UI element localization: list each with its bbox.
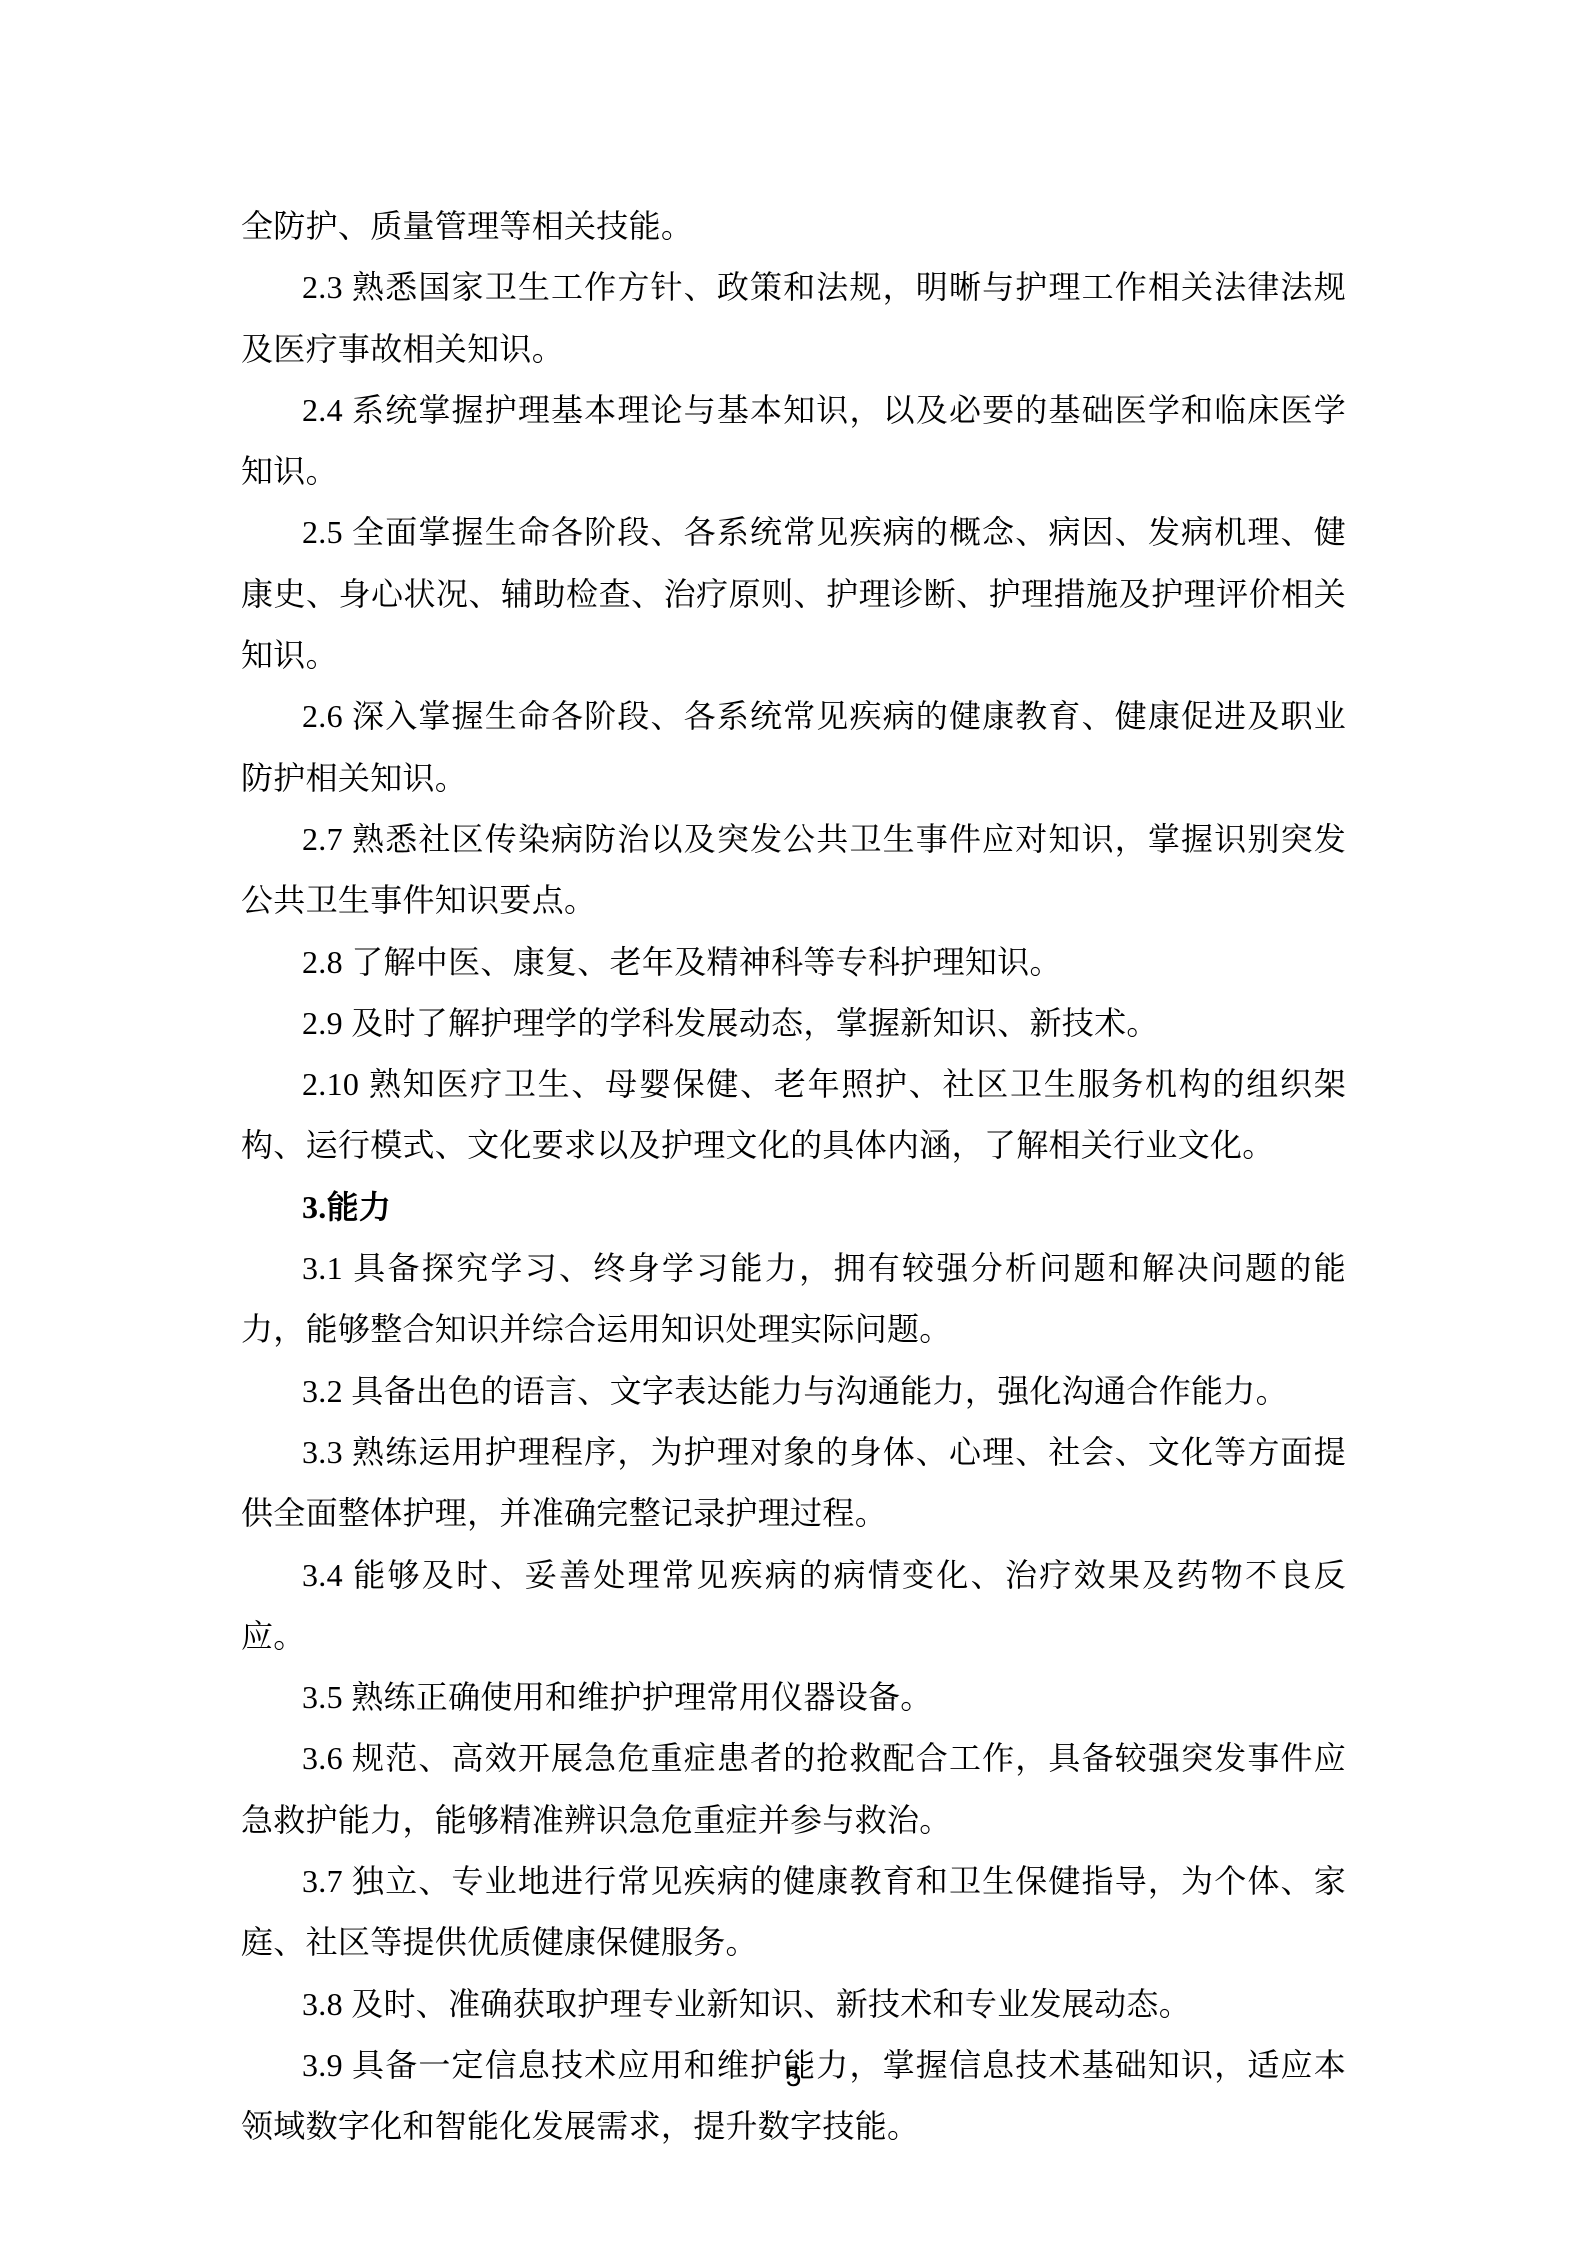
paragraph-item-2-8: 2.8 了解中医、康复、老年及精神科等专科护理知识。 — [241, 932, 1346, 993]
paragraph-item-2-6: 2.6 深入掌握生命各阶段、各系统常见疾病的健康教育、健康促进及职业防护相关知识… — [241, 686, 1346, 809]
paragraph-item-2-5: 2.5 全面掌握生命各阶段、各系统常见疾病的概念、病因、发病机理、健康史、身心状… — [241, 502, 1346, 686]
paragraph-item-3-3: 3.3 熟练运用护理程序，为护理对象的身体、心理、社会、文化等方面提供全面整体护… — [241, 1422, 1346, 1545]
paragraph-item-2-3: 2.3 熟悉国家卫生工作方针、政策和法规，明晰与护理工作相关法律法规及医疗事故相… — [241, 257, 1346, 380]
paragraph-continuation: 全防护、质量管理等相关技能。 — [241, 196, 1346, 257]
paragraph-item-3-5: 3.5 熟练正确使用和维护护理常用仪器设备。 — [241, 1667, 1346, 1728]
paragraph-item-2-10: 2.10 熟知医疗卫生、母婴保健、老年照护、社区卫生服务机构的组织架构、运行模式… — [241, 1054, 1346, 1177]
paragraph-item-3-9: 3.9 具备一定信息技术应用和维护能力，掌握信息技术基础知识，适应本领域数字化和… — [241, 2035, 1346, 2158]
paragraph-item-3-4: 3.4 能够及时、妥善处理常见疾病的病情变化、治疗效果及药物不良反应。 — [241, 1545, 1346, 1668]
page-number: 5 — [0, 2061, 1587, 2093]
document-page: 全防护、质量管理等相关技能。 2.3 熟悉国家卫生工作方针、政策和法规，明晰与护… — [0, 0, 1587, 2245]
section-heading-ability: 3.能力 — [241, 1177, 1346, 1238]
paragraph-item-3-2: 3.2 具备出色的语言、文字表达能力与沟通能力，强化沟通合作能力。 — [241, 1361, 1346, 1422]
paragraph-item-3-1: 3.1 具备探究学习、终身学习能力，拥有较强分析问题和解决问题的能力，能够整合知… — [241, 1238, 1346, 1361]
paragraph-item-3-8: 3.8 及时、准确获取护理专业新知识、新技术和专业发展动态。 — [241, 1974, 1346, 2035]
paragraph-item-2-4: 2.4 系统掌握护理基本理论与基本知识，以及必要的基础医学和临床医学知识。 — [241, 380, 1346, 503]
paragraph-item-3-6: 3.6 规范、高效开展急危重症患者的抢救配合工作，具备较强突发事件应急救护能力，… — [241, 1728, 1346, 1851]
paragraph-item-2-9: 2.9 及时了解护理学的学科发展动态，掌握新知识、新技术。 — [241, 993, 1346, 1054]
paragraph-item-2-7: 2.7 熟悉社区传染病防治以及突发公共卫生事件应对知识，掌握识别突发公共卫生事件… — [241, 809, 1346, 932]
paragraph-item-3-7: 3.7 独立、专业地进行常见疾病的健康教育和卫生保健指导，为个体、家庭、社区等提… — [241, 1851, 1346, 1974]
document-body: 全防护、质量管理等相关技能。 2.3 熟悉国家卫生工作方针、政策和法规，明晰与护… — [241, 196, 1346, 2158]
